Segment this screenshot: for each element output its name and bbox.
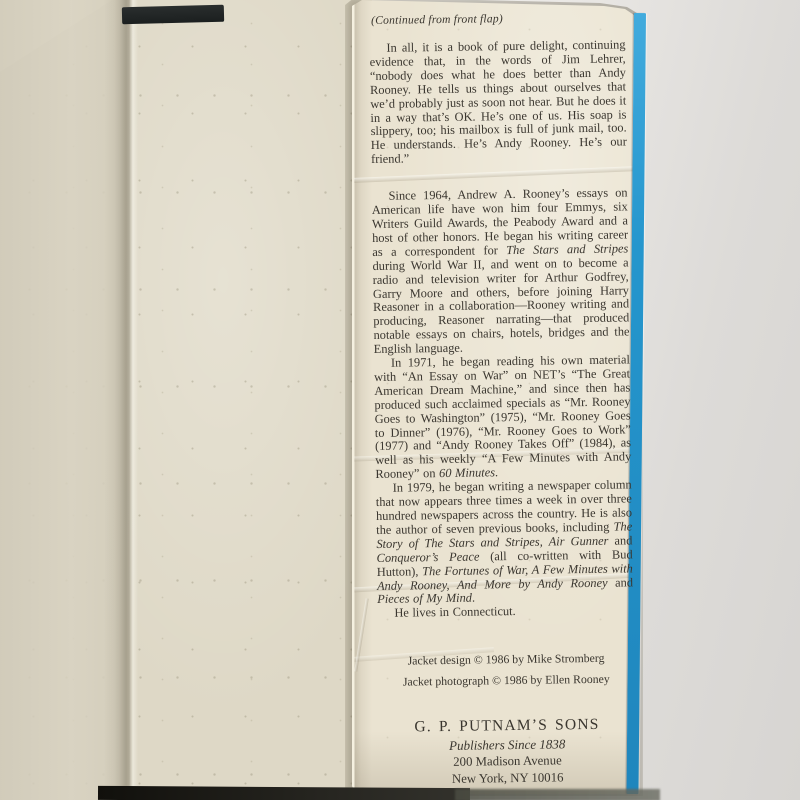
flap-paragraph: He lives in Connecticut. [377,604,633,621]
credit-line: Jacket photograph © 1986 by Ellen Rooney [378,669,634,694]
continued-from-front-flap-note: (Continued from front flap) [371,10,625,27]
book-inside-back-cover-photo: (Continued from front flap) In all, it i… [0,0,800,800]
jacket-credits: Jacket design © 1986 by Mike Stromberg J… [378,648,635,694]
flap-text: (Continued from front flap) In all, it i… [369,8,636,788]
flap-paragraph: In 1971, he began reading his own materi… [374,353,632,482]
cover-hinge-crease [104,0,138,800]
cover-bottom-edge [98,786,470,800]
flap-paragraph: In 1979, he began writing a newspaper co… [376,479,634,608]
publisher-name: G. P. PUTNAM’S SONS [379,716,635,738]
publisher-block: G. P. PUTNAM’S SONS Publishers Since 183… [379,716,636,789]
flap-paragraph: In all, it is a book of pure delight, co… [369,38,627,167]
flap-paragraph: Since 1964, Andrew A. Rooney’s essays on… [371,187,629,357]
flap-bottom-shadow [455,789,660,800]
cover-top-edge [122,5,224,24]
